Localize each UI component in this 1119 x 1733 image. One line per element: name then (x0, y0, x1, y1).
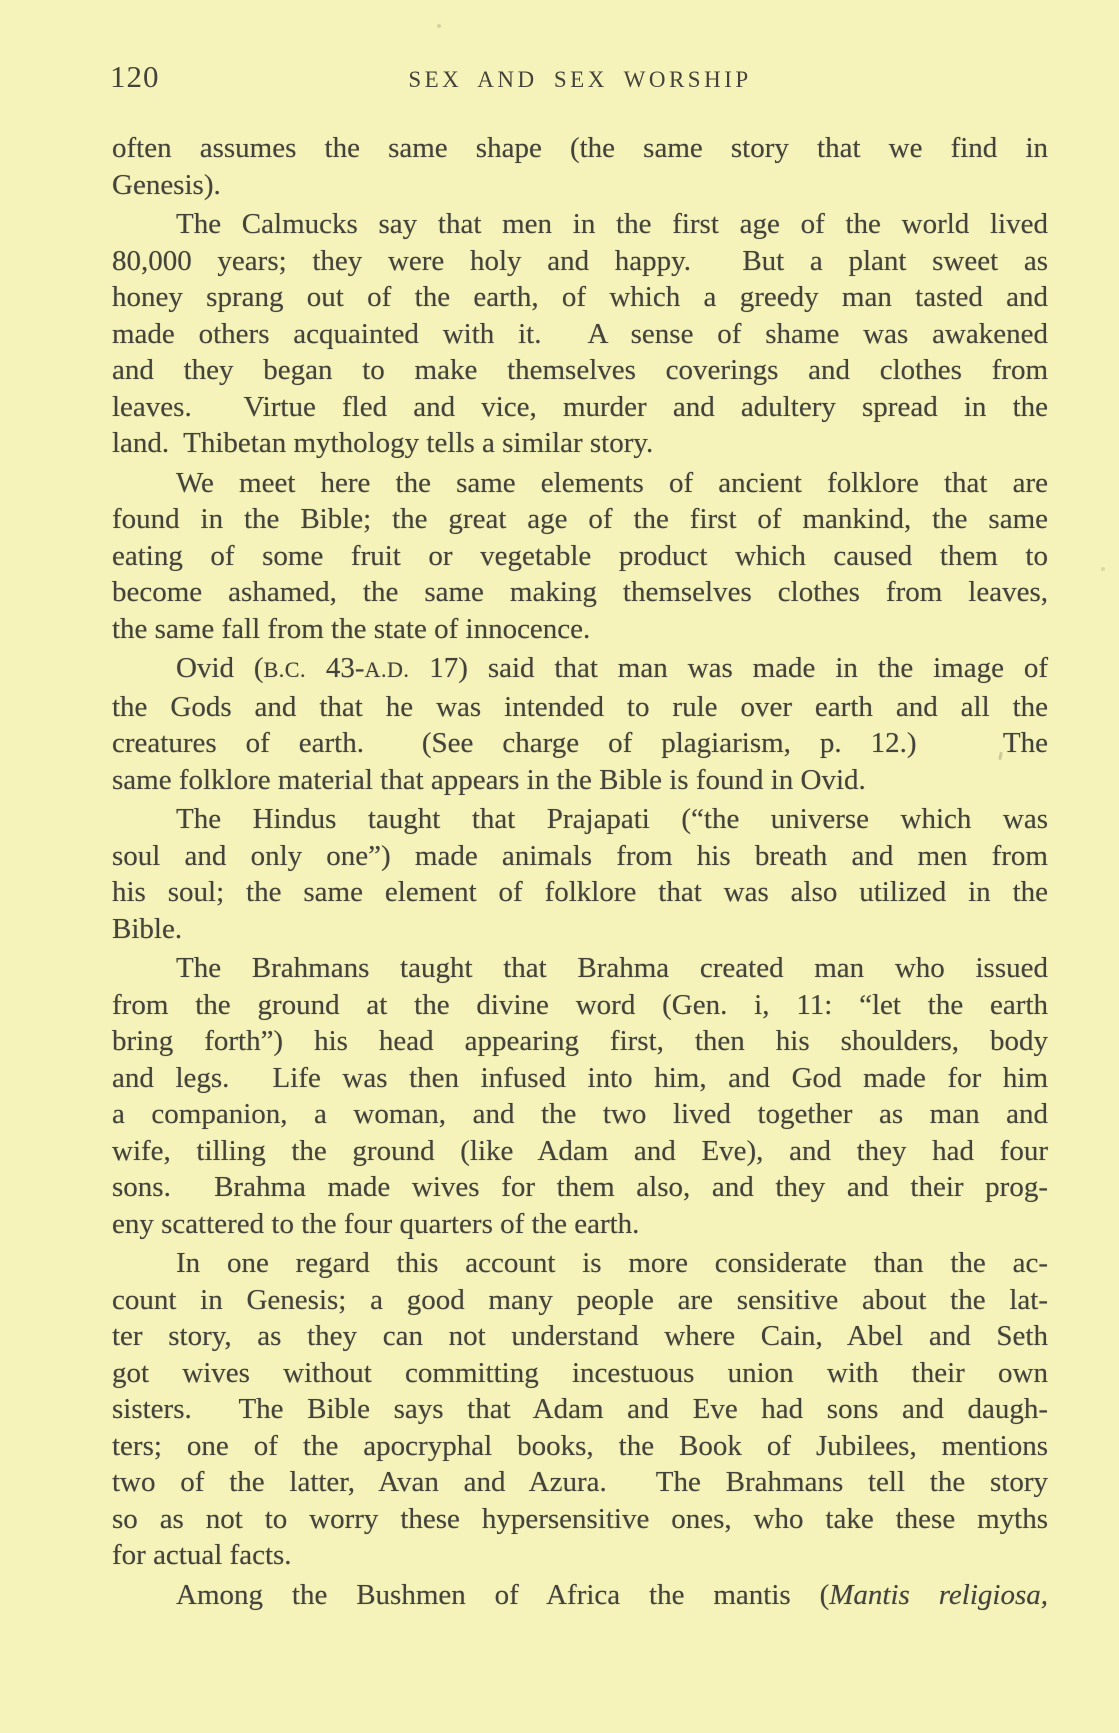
text-line: The Brahmans taught that Brahma created … (112, 950, 1048, 987)
paragraph: The Brahmans taught that Brahma created … (112, 950, 1048, 1242)
body-text: creatures of earth. (See charge of plagi… (112, 727, 1048, 759)
body-text: honey sprang out of the earth, of which … (112, 281, 1048, 313)
body-text: often assumes the same shape (the same s… (112, 132, 1048, 164)
body-text: The Hindus taught that Prajapati (“the u… (176, 803, 1048, 835)
text-line: land. Thibetan mythology tells a similar… (112, 425, 1048, 462)
body-text: wife, tilling the ground (like Adam and … (112, 1135, 1048, 1167)
body-text: In one regard this account is more consi… (176, 1247, 1048, 1279)
body-text: from the ground at the divine word (Gen.… (112, 989, 1048, 1021)
text-line: and they began to make themselves coveri… (112, 352, 1048, 389)
text-line: become ashamed, the same making themselv… (112, 574, 1048, 611)
body-text: so as not to worry these hypersensitive … (112, 1503, 1048, 1535)
text-line: from the ground at the divine word (Gen.… (112, 987, 1048, 1024)
smallcaps-text: A.D. (365, 657, 410, 682)
paragraph: often assumes the same shape (the same s… (112, 130, 1048, 203)
body-text: Among the Bushmen of Africa the mantis ( (176, 1579, 829, 1611)
text-line: The Hindus taught that Prajapati (“the u… (112, 801, 1048, 838)
body-text: The Brahmans taught that Brahma created … (176, 952, 1048, 984)
text-line: count in Genesis; a good many people are… (112, 1282, 1048, 1319)
body-text: Ovid ( (176, 652, 264, 684)
body-text: a companion, a woman, and the two lived … (112, 1098, 1048, 1130)
body-text: The Calmucks say that men in the first a… (176, 208, 1048, 240)
text-line: creatures of earth. (See charge of plagi… (112, 725, 1048, 762)
paragraph: Ovid (B.C. 43-A.D. 17) said that man was… (112, 650, 1048, 798)
paragraph: The Hindus taught that Prajapati (“the u… (112, 801, 1048, 947)
body-text: Bible. (112, 913, 182, 945)
body-text: sons. Brahma made wives for them also, a… (112, 1171, 1048, 1203)
text-line: a companion, a woman, and the two lived … (112, 1096, 1048, 1133)
running-header: SEX AND SEX WORSHIP (112, 68, 1048, 91)
body-text: leaves. Virtue fled and vice, murder and… (112, 391, 1048, 423)
text-line: made others acquainted with it. A sense … (112, 316, 1048, 353)
text-line: wife, tilling the ground (like Adam and … (112, 1133, 1048, 1170)
body-text: and legs. Life was then infused into him… (112, 1062, 1048, 1094)
text-line: ters; one of the apocryphal books, the B… (112, 1428, 1048, 1465)
body-text: count in Genesis; a good many people are… (112, 1284, 1048, 1316)
text-line: Bible. (112, 911, 1048, 948)
body-text: 43- (306, 652, 365, 684)
text-line: Among the Bushmen of Africa the mantis (… (112, 1577, 1048, 1614)
body-text: We meet here the same elements of ancien… (176, 467, 1048, 499)
paragraph: In one regard this account is more consi… (112, 1245, 1048, 1574)
body-text: eny scattered to the four quarters of th… (112, 1208, 639, 1240)
body-text: Genesis). (112, 169, 221, 201)
body-text: 17) said that man was made in the image … (409, 652, 1048, 684)
body-text: for actual facts. (112, 1539, 292, 1571)
book-page: 120 SEX AND SEX WORSHIP often assumes th… (0, 0, 1119, 1733)
text-line: his soul; the same element of folklore t… (112, 874, 1048, 911)
text-line: 80,000 years; they were holy and happy. … (112, 243, 1048, 280)
body-text: and they began to make themselves coveri… (112, 354, 1048, 386)
body-text: soul and only one”) made animals from hi… (112, 840, 1048, 872)
body-text: eating of some fruit or vegetable produc… (112, 540, 1048, 572)
text-line: leaves. Virtue fled and vice, murder and… (112, 389, 1048, 426)
text-line: so as not to worry these hypersensitive … (112, 1501, 1048, 1538)
text-line: honey sprang out of the earth, of which … (112, 279, 1048, 316)
text-line: bring forth”) his head appearing first, … (112, 1023, 1048, 1060)
text-line: for actual facts. (112, 1537, 1048, 1574)
paragraph: Among the Bushmen of Africa the mantis (… (112, 1577, 1048, 1614)
text-line: sons. Brahma made wives for them also, a… (112, 1169, 1048, 1206)
text-line: two of the latter, Avan and Azura. The B… (112, 1464, 1048, 1501)
text-block: often assumes the same shape (the same s… (112, 130, 1048, 1616)
text-line: ter story, as they can not understand wh… (112, 1318, 1048, 1355)
italic-text: Mantis religiosa, (829, 1579, 1048, 1611)
scan-speck (1101, 567, 1105, 571)
body-text: got wives without committing incestuous … (112, 1357, 1048, 1389)
text-line: Genesis). (112, 167, 1048, 204)
body-text: 80,000 years; they were holy and happy. … (112, 245, 1048, 277)
body-text: sisters. The Bible says that Adam and Ev… (112, 1393, 1048, 1425)
body-text: become ashamed, the same making themselv… (112, 576, 1048, 608)
smallcaps-text: B.C. (264, 657, 306, 682)
body-text: found in the Bible; the great age of the… (112, 503, 1048, 535)
text-line: soul and only one”) made animals from hi… (112, 838, 1048, 875)
text-line: The Calmucks say that men in the first a… (112, 206, 1048, 243)
body-text: bring forth”) his head appearing first, … (112, 1025, 1048, 1057)
text-line: often assumes the same shape (the same s… (112, 130, 1048, 167)
paragraph: The Calmucks say that men in the first a… (112, 206, 1048, 462)
body-text: the same fall from the state of innocenc… (112, 613, 590, 645)
body-text: two of the latter, Avan and Azura. The B… (112, 1466, 1048, 1498)
text-line: eny scattered to the four quarters of th… (112, 1206, 1048, 1243)
text-line: got wives without committing incestuous … (112, 1355, 1048, 1392)
body-text: made others acquainted with it. A sense … (112, 318, 1048, 350)
text-line: same folklore material that appears in t… (112, 762, 1048, 799)
text-line: Ovid (B.C. 43-A.D. 17) said that man was… (112, 650, 1048, 689)
scan-speck (437, 24, 441, 28)
body-text: ter story, as they can not understand wh… (112, 1320, 1048, 1352)
text-line: the Gods and that he was intended to rul… (112, 689, 1048, 726)
body-text: same folklore material that appears in t… (112, 764, 866, 796)
body-text: his soul; the same element of folklore t… (112, 876, 1048, 908)
body-text: land. Thibetan mythology tells a similar… (112, 427, 653, 459)
body-text: ters; one of the apocryphal books, the B… (112, 1430, 1048, 1462)
text-line: sisters. The Bible says that Adam and Ev… (112, 1391, 1048, 1428)
paragraph: We meet here the same elements of ancien… (112, 465, 1048, 648)
text-line: eating of some fruit or vegetable produc… (112, 538, 1048, 575)
text-line: and legs. Life was then infused into him… (112, 1060, 1048, 1097)
text-line: found in the Bible; the great age of the… (112, 501, 1048, 538)
text-line: In one regard this account is more consi… (112, 1245, 1048, 1282)
text-line: the same fall from the state of innocenc… (112, 611, 1048, 648)
body-text: the Gods and that he was intended to rul… (112, 691, 1048, 723)
text-line: We meet here the same elements of ancien… (112, 465, 1048, 502)
